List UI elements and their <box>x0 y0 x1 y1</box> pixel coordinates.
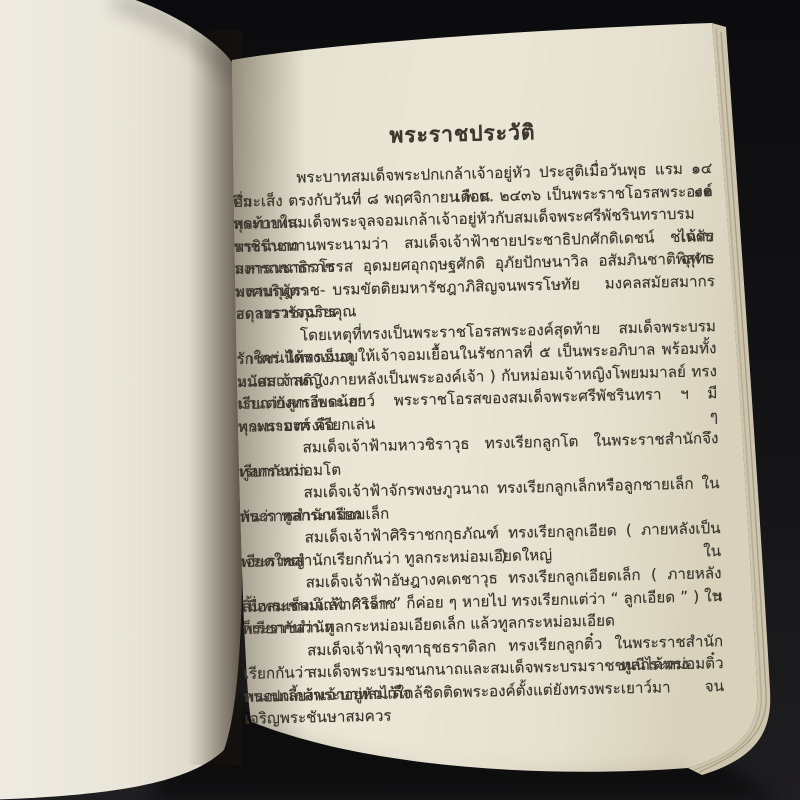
page-body: พระบาทสมเด็จพระปกเกล้าเจ้าอยู่หัว ประสูต… <box>232 157 724 708</box>
book-photo: พระราชประวัติ พระบาทสมเด็จพระปกเกล้าเจ้า… <box>0 0 800 800</box>
right-page-text: พระราชประวัติ พระบาทสมเด็จพระปกเกล้าเจ้า… <box>231 113 724 708</box>
